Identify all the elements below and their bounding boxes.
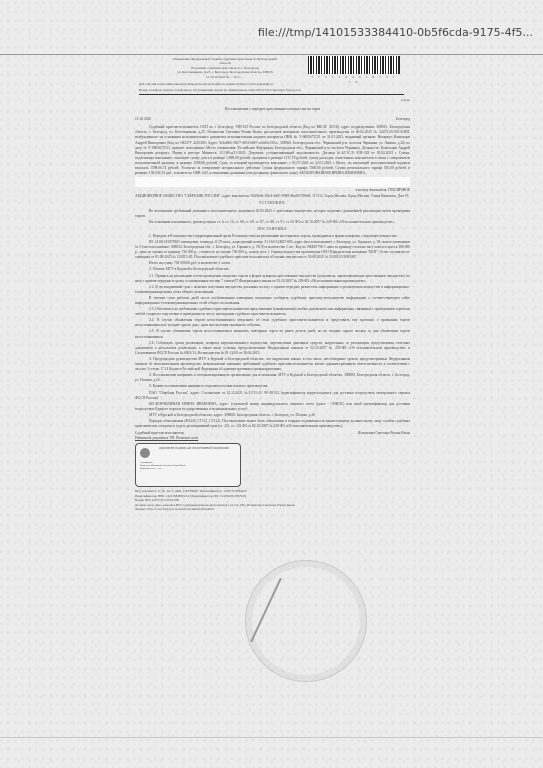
divider	[0, 737, 543, 738]
ecp-title: ДОКУМЕНТ ПОДПИСАН ЭЛЕКТРОННОЙ ПОДПИСЬЮ	[154, 447, 234, 450]
signer-name: Исмаилова Светлана Рошан Кызы	[358, 431, 410, 436]
item-4: 4. Постановление направить в специализир…	[135, 373, 410, 383]
appeal-procedure: Порядок обжалования (ФЗ229_СТ121_СТ122).…	[135, 419, 410, 429]
item-property: ID: 14101015079365 помещение, площадь 11…	[135, 240, 410, 260]
item-5: 5. Копию постановления направить сторона…	[135, 384, 410, 389]
established-text: Во исполнение требований указанного испо…	[135, 209, 410, 219]
item-total: Итого на сумму 736 000,00 руб. в количес…	[135, 261, 410, 266]
gosuslugi-notice: Для участия в исполнительном производств…	[139, 82, 404, 87]
document-city: Белгород	[396, 117, 410, 122]
document-metadata: Вид документа: О_IP_ACT_ARR_GETPROP; Иде…	[135, 489, 410, 511]
recipient-sberbank: ПАО "Сбербанк России", адрес: Соглашение…	[135, 391, 410, 401]
item-2-2b: В течение семи рабочих дней после опубли…	[135, 296, 410, 306]
item-2-2: 2.2. В десятидневный срок с момента полу…	[135, 285, 410, 295]
case-reference: в дело	[135, 98, 410, 103]
intro-paragraph: Судебный пристав-исполнитель ОСП по г. Б…	[135, 125, 410, 176]
divider	[0, 54, 543, 55]
ecp-details: Сертификат: ... Владелец: Исмаилова Свет…	[140, 461, 230, 473]
document-page: Управление Федеральной службы судебных п…	[135, 56, 410, 511]
document-title: Постановление о передаче арестованного и…	[135, 107, 410, 112]
document-header: Управление Федеральной службы судебных п…	[135, 56, 410, 98]
electronic-signature-box: ДОКУМЕНТ ПОДПИСАН ЭЛЕКТРОННОЙ ПОДПИСЬЮ С…	[135, 443, 241, 487]
footer-line: Формат: http://www.fssp.gov.ru/assets/do…	[135, 507, 410, 511]
barcode-image	[308, 56, 400, 74]
item-3: 3. Предупредить руководителя МТУ в Курск…	[135, 357, 410, 372]
item-2-3: 2.3. Обеспечить по требованию судебного …	[135, 307, 410, 317]
item-2: 2. Обязать МТУ в Курской и Белгородской …	[135, 267, 410, 272]
official-stamp	[245, 560, 367, 682]
ecp-line: ...	[140, 470, 230, 473]
hotline-notice: Номер телефона группы телефонного обслуж…	[139, 88, 404, 95]
creditor-line: в пользу взыскателя: ПУБЛИЧНОЕ	[135, 188, 410, 193]
authority-block: Управление Федеральной службы судебных п…	[145, 57, 305, 79]
established-heading: УСТАНОВИЛ:	[135, 201, 410, 206]
creditor-paragraph: АКЦИОНЕРНОЕ ОБЩЕСТВО "СБЕРБАНК РОССИИ", …	[135, 194, 410, 199]
coat-of-arms-icon	[140, 448, 150, 458]
ecp-caption: Реквизиты документа ЭП. Печатное поле	[135, 436, 410, 441]
item-2-4: 2.4. В случае объявления торгов несостоя…	[135, 318, 410, 328]
item-2-6: 2.6. Соблюдать сроки реализации, возврат…	[135, 341, 410, 356]
date-line: 15.10.2025 Белгород	[135, 117, 410, 122]
document-date: 15.10.2025	[135, 117, 151, 122]
recipient-debtor: БЕСКОРОВАЙНАЯ ИРИНА ИВАНОВНА, адрес: (ст…	[135, 402, 410, 412]
legal-basis: На основании изложенного, руководствуясь…	[135, 220, 410, 225]
resolved-heading: ПОСТАНОВИЛ:	[135, 227, 410, 232]
department-phone: от 16.10.2025 № ... Тел.: ...	[145, 75, 305, 79]
item-1: 1. Передать в Росимущество (территориаль…	[135, 234, 410, 239]
redacted-area	[135, 177, 410, 187]
recipient-mtu: МТУ в Курской и Белгородской областях, а…	[135, 413, 410, 418]
item-2-1: 2.1. Принять на реализацию путем проведе…	[135, 274, 410, 284]
item-2-5: 2.5. В случае объявления торгов несостоя…	[135, 329, 410, 339]
page-url: file:///tmp/14101533384410-0b5f6cda-9175…	[258, 26, 533, 39]
